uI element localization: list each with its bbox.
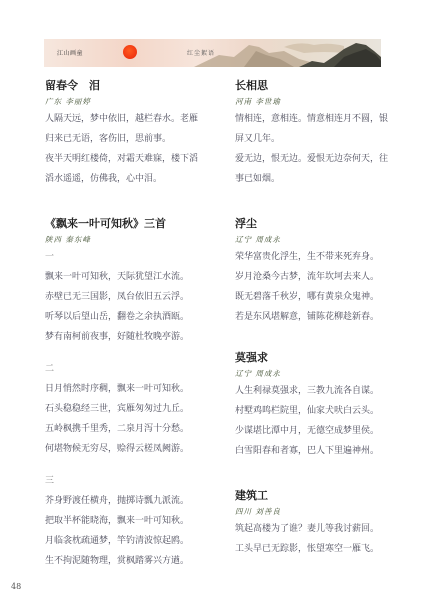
poem-line: 滔水遥遥，仿佛我，心中泪。 bbox=[45, 169, 198, 189]
poem-title: 长相思 bbox=[235, 78, 388, 94]
poem-title: 建筑工 bbox=[235, 488, 379, 504]
poem-line: 荣华富贵化浮生，生不带来死弃身。 bbox=[235, 247, 379, 267]
poem-line: 月临衾枕疏通梦，竿钓清波惊起鸥。 bbox=[45, 531, 189, 551]
poem-line: 白雪阳春和者寡，巴人下里遍神州。 bbox=[235, 441, 379, 461]
page-number: 48 bbox=[11, 582, 21, 591]
poem-line: 何堪物候无穷尽，赊得云槎凤阙游。 bbox=[45, 439, 189, 459]
poem-line: 听琴以后望山岳，翻卷之余执酒瓯。 bbox=[45, 307, 189, 327]
poem-line: 筑起高楼为了谁？妻儿等我讨薪回。 bbox=[235, 519, 379, 539]
poem-author: 河南 李世瑜 bbox=[235, 94, 388, 109]
poem-liuchunling: 留春令 泪 广东 李丽婷 人隔天远，梦中依旧，越栏春水。老雁 归来已无语，客伤旧… bbox=[45, 78, 198, 189]
poem-title: 《飘来一叶可知秋》三首 bbox=[45, 216, 189, 232]
poem-line: 把取半杯能晓海，飘来一叶可知秋。 bbox=[45, 511, 189, 531]
poem-author: 辽宁 周成永 bbox=[235, 366, 379, 381]
poem-author: 辽宁 周成永 bbox=[235, 232, 379, 247]
poem-title: 浮尘 bbox=[235, 216, 379, 232]
poem-line: 五岭枫携千里秀，二泉月泻十分愁。 bbox=[45, 419, 189, 439]
spacer bbox=[45, 347, 189, 359]
poem-changxiangsi: 长相思 河南 李世瑜 情相连，意相连。情意相连月不圆，银 屏又几年。 爱无边，恨… bbox=[235, 78, 388, 189]
poem-piaolai-sanshou: 《飘来一叶可知秋》三首 陕西 秦东峰 一 飘来一叶可知秋，天际犹望江水流。 赤壁… bbox=[45, 216, 189, 571]
poem-title: 留春令 泪 bbox=[45, 78, 198, 94]
red-sun-icon bbox=[123, 45, 137, 59]
poem-line: 事已如烟。 bbox=[235, 169, 388, 189]
poem-line: 人隔天远，梦中依旧，越栏春水。老雁 bbox=[45, 109, 198, 129]
poem-line: 工头早已无踪影，怅望寒空一雁飞。 bbox=[235, 539, 379, 559]
poem-author: 陕西 秦东峰 bbox=[45, 232, 189, 247]
poem-line: 赤壁已无三国影，凤台依旧五云浮。 bbox=[45, 287, 189, 307]
poem-fuchen: 浮尘 辽宁 周成永 荣华富贵化浮生，生不带来死弃身。 岁月沧桑今古梦，流年坎坷去… bbox=[235, 216, 379, 327]
section-number: 三 bbox=[45, 471, 189, 491]
poem-line: 村墅鸡鸣栏院里，仙家犬吠白云头。 bbox=[235, 401, 379, 421]
poem-line: 石头稳稳经三世，宾雁匆匆过九丘。 bbox=[45, 399, 189, 419]
poem-line: 梦有南柯前夜事，好随杜牧晚亭游。 bbox=[45, 327, 189, 347]
poem-line: 情相连，意相连。情意相连月不圆，银 bbox=[235, 109, 388, 129]
section-number: 二 bbox=[45, 359, 189, 379]
poem-author: 四川 刘善良 bbox=[235, 504, 379, 519]
poem-line: 芥身野渡任横舟，抛掷诗瓢九派流。 bbox=[45, 491, 189, 511]
section-number: 一 bbox=[45, 247, 189, 267]
poem-line: 人生利禄莫强求，三教九流各自谋。 bbox=[235, 381, 379, 401]
poem-line: 岁月沧桑今古梦，流年坎坷去来人。 bbox=[235, 267, 379, 287]
brand-calligraphy: 江山画童 bbox=[57, 48, 83, 57]
poem-line: 夜半天明红楼倚，对霜天难寐，楼下滔 bbox=[45, 149, 198, 169]
section-title: 红尘絮语 bbox=[187, 48, 215, 57]
poem-line: 既无碧落千秋岁，哪有黄泉众鬼神。 bbox=[235, 287, 379, 307]
spacer bbox=[45, 459, 189, 471]
poem-line: 日月悄然时序稠，飘来一叶可知秋。 bbox=[45, 379, 189, 399]
poem-line: 爱无边，恨无边。爱恨无边奈何天，往 bbox=[235, 149, 388, 169]
poem-line: 飘来一叶可知秋，天际犹望江水流。 bbox=[45, 267, 189, 287]
poem-line: 若是东风堪解意，铺陈花柳趁新春。 bbox=[235, 307, 379, 327]
poem-line: 归来已无语，客伤旧，思前事。 bbox=[45, 129, 198, 149]
poem-title: 莫强求 bbox=[235, 350, 379, 366]
poem-line: 生不拘泥随物理，赏枫踏雾兴方遒。 bbox=[45, 551, 189, 571]
poem-line: 少谋堪比潭中月，无德空成梦里侯。 bbox=[235, 421, 379, 441]
header-banner: 江山画童 红尘絮语 bbox=[44, 39, 381, 67]
poem-author: 广东 李丽婷 bbox=[45, 94, 198, 109]
poem-moqiangqiu: 莫强求 辽宁 周成永 人生利禄莫强求，三教九流各自谋。 村墅鸡鸣栏院里，仙家犬吠… bbox=[235, 350, 379, 461]
poem-jianzhugong: 建筑工 四川 刘善良 筑起高楼为了谁？妻儿等我讨薪回。 工头早已无踪影，怅望寒空… bbox=[235, 488, 379, 559]
poem-line: 屏又几年。 bbox=[235, 129, 388, 149]
